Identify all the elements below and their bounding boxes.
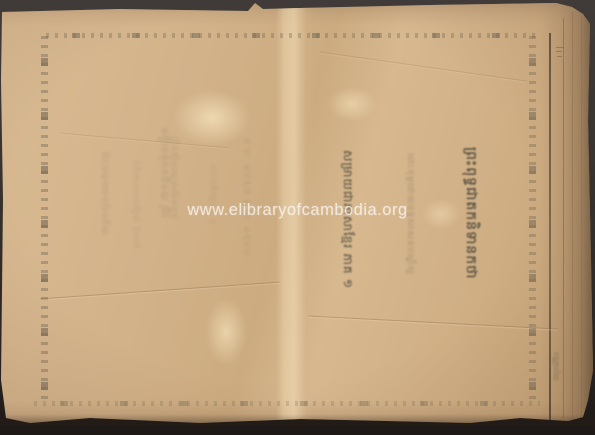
paper-crease bbox=[60, 133, 229, 149]
ornamental-border-right bbox=[529, 36, 536, 404]
ghost-text-column: ព.ស. ២៤៩៣ គ.ស. ១៩៥០ bbox=[242, 138, 255, 256]
ghost-text-column: ព្រះរាជាណាចក្រកម្ពុជា bbox=[100, 152, 113, 236]
watermark-text: www.elibraryofcambodia.org bbox=[0, 201, 595, 220]
pencil-mark bbox=[556, 51, 562, 52]
ornamental-border-left bbox=[41, 36, 48, 404]
pencil-mark bbox=[557, 56, 562, 57]
paper-crease bbox=[319, 51, 527, 81]
paper-crease bbox=[40, 282, 279, 300]
scanned-document-view: ព្រះរាជាណាចក្រកម្ពុជា ពុទ្ធសាសនបណ្ឌិត្យ … bbox=[0, 0, 595, 435]
ornamental-border-top bbox=[46, 33, 538, 38]
ornamental-border-bottom bbox=[34, 401, 540, 406]
paper-crease bbox=[308, 315, 558, 329]
scanner-shadow bbox=[0, 414, 595, 426]
spine-label: បណ្ណាល័យ bbox=[550, 352, 560, 381]
